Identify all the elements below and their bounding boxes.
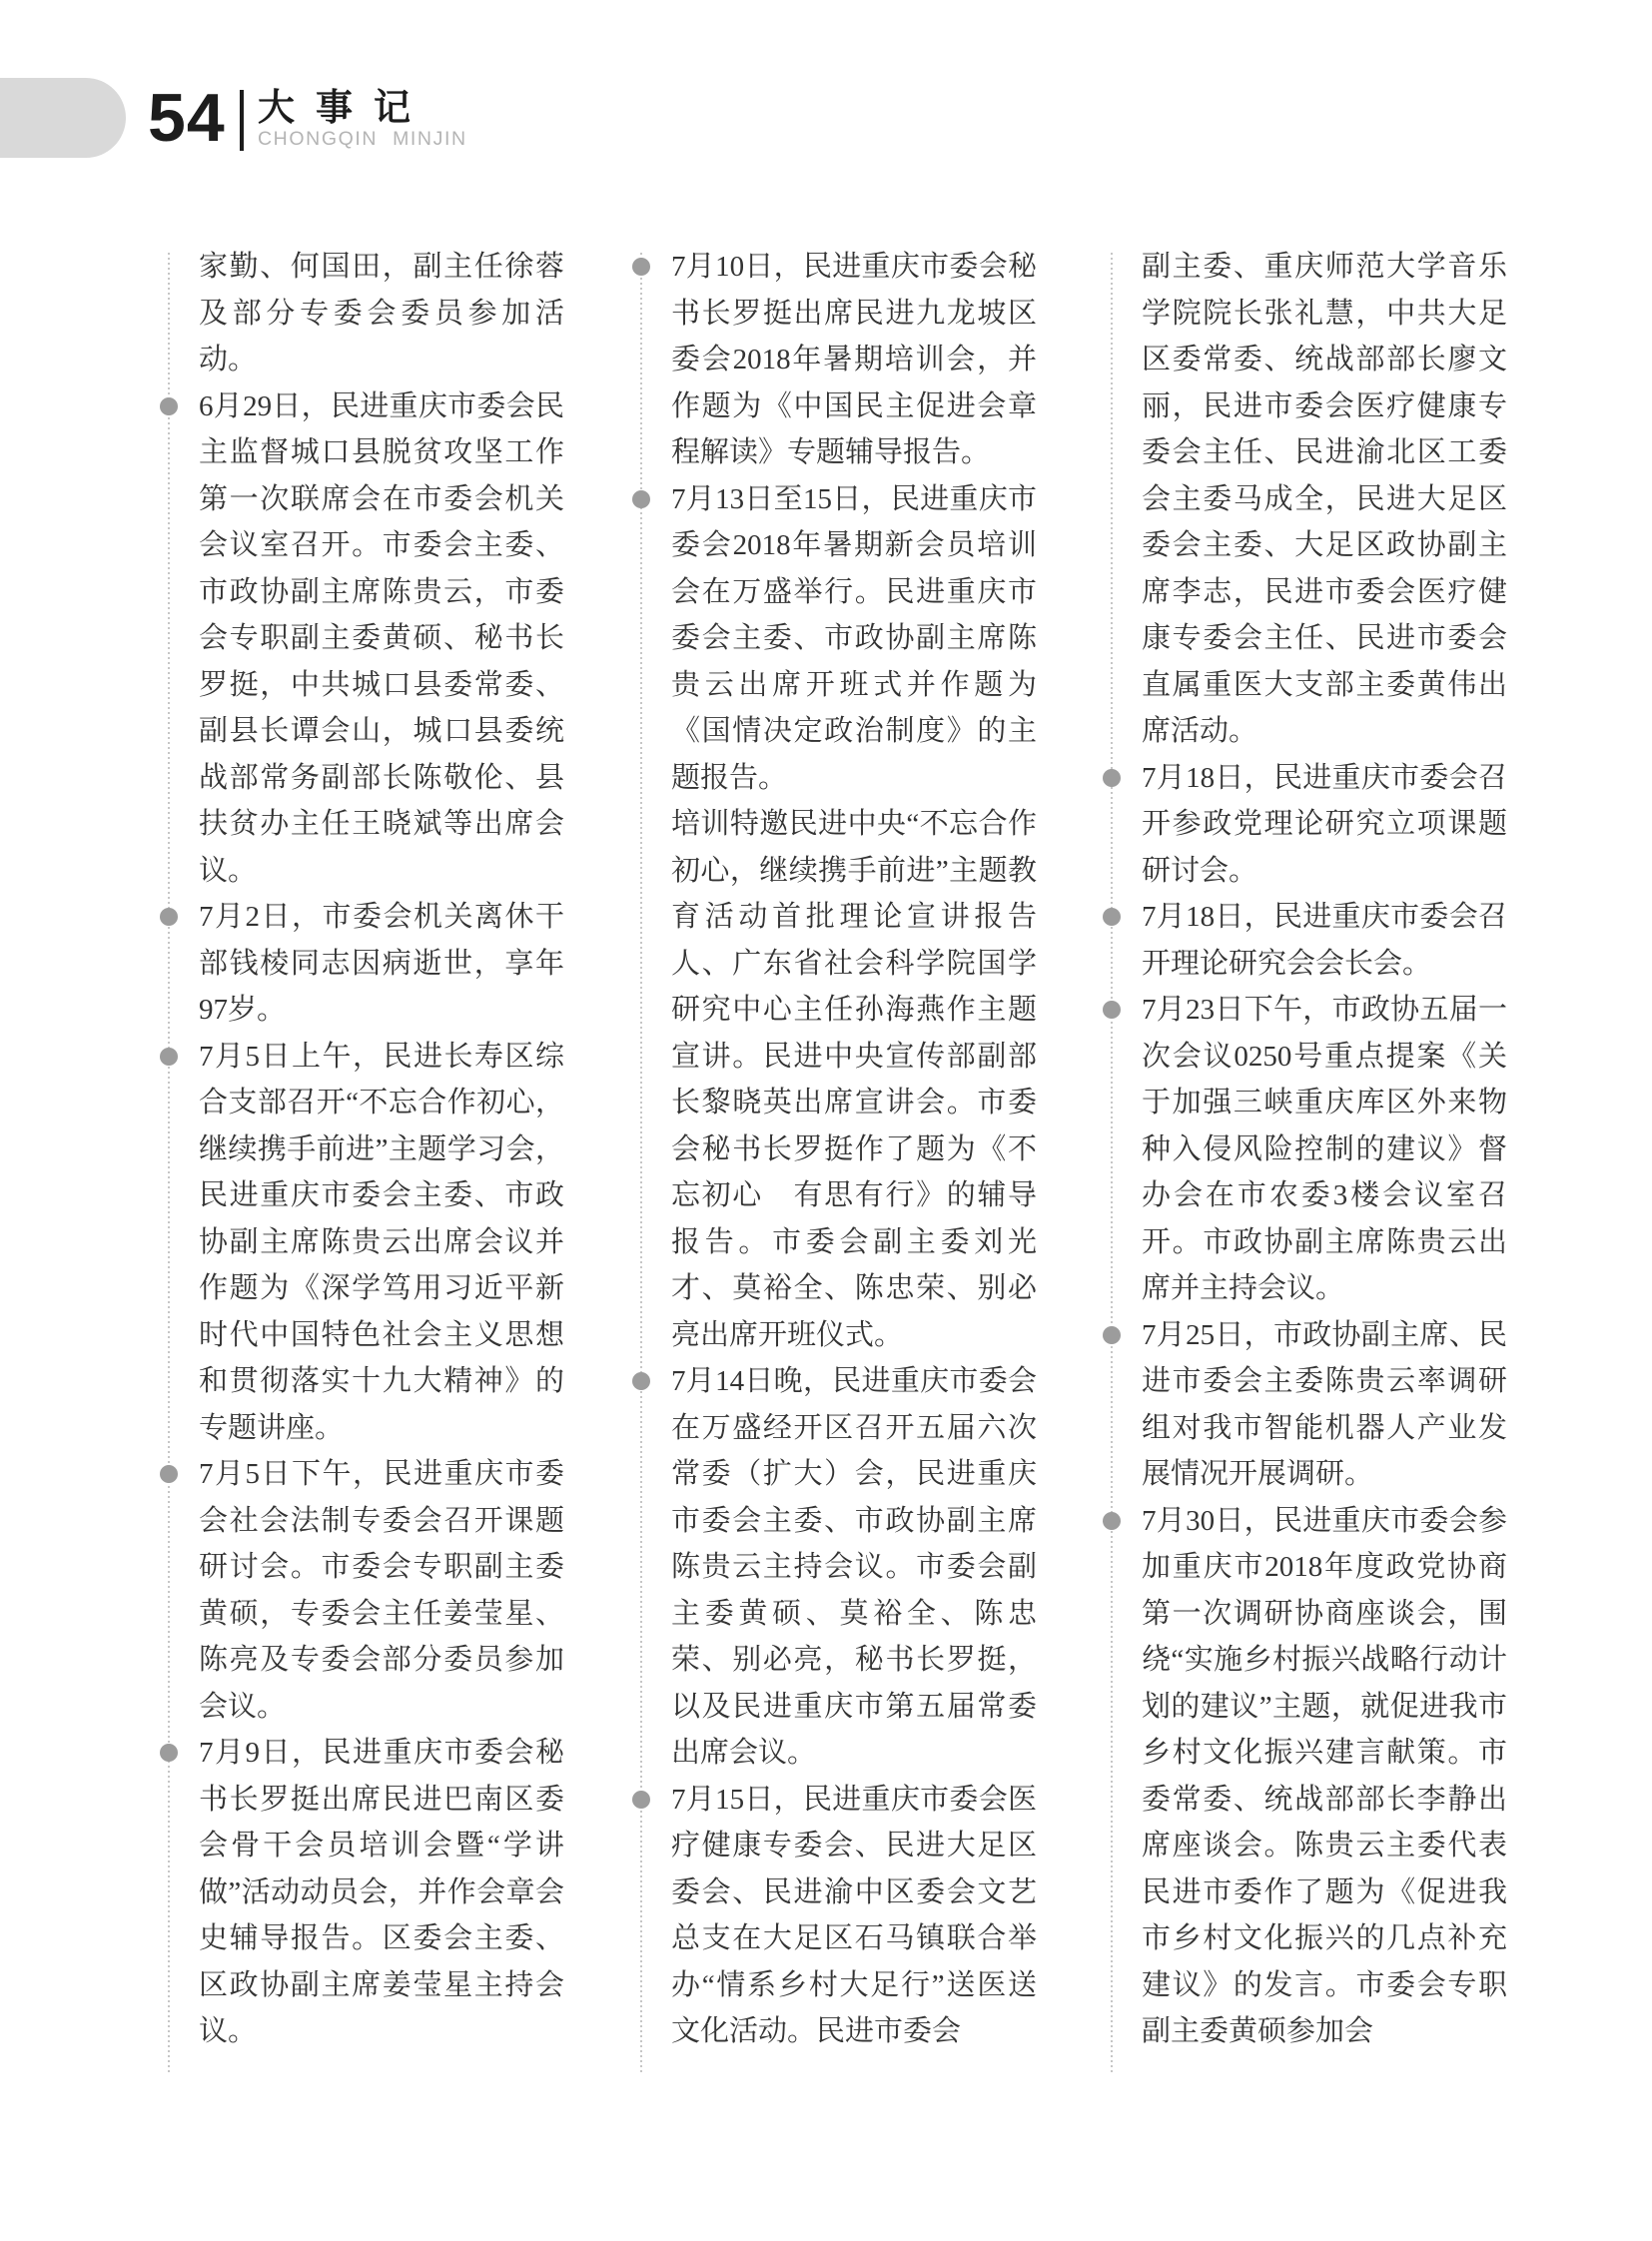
entry-text: 7月23日下午，市政协五届一次会议0250号重点提案《关于加强三峡重庆库区外来物… [1142, 994, 1507, 1304]
bullet-dot-icon [1103, 1512, 1121, 1530]
entry-text: 7月30日，民进重庆市委会参加重庆市2018年度政党协商第一次调研协商座谈会，围… [1142, 1505, 1507, 2048]
event-entry: 7月9日，民进重庆市委会秘书长罗挺出席民进巴南区委会骨干会员培训会暨“学讲做”活… [199, 1730, 564, 2055]
entry-text: 7月5日下午，民进重庆市委会社会法制专委会召开课题研讨会。市委会专职副主委黄硕，… [199, 1458, 564, 1723]
entry-text: 7月5日上午，民进长寿区综合支部召开“不忘合作初心，继续携手前进”主题学习会，民… [199, 1041, 564, 1444]
bullet-dot-icon [160, 1048, 178, 1066]
column-rail [1111, 253, 1113, 2072]
page-number: 54 [148, 84, 226, 152]
header-divider [240, 90, 244, 151]
bullet-dot-icon [1103, 908, 1121, 926]
bullet-dot-icon [1103, 769, 1121, 787]
entry-text: 7月25日，市政协副主席、民进市委会主委陈贵云率调研组对我市智能机器人产业发展情… [1142, 1319, 1507, 1491]
event-entry: 7月5日下午，民进重庆市委会社会法制专委会召开课题研讨会。市委会专职副主委黄硕，… [199, 1451, 564, 1730]
event-entry: 7月10日，民进重庆市委会秘书长罗挺出席民进九龙坡区委会2018年暑期培训会，并… [671, 244, 1037, 476]
text-column-3: 副主委、重庆师范大学音乐学院院长张礼慧，中共大足区委常委、统战部部长廖文丽，民进… [1111, 244, 1510, 2055]
header-pill-decoration [0, 78, 126, 158]
entry-text: 7月9日，民进重庆市委会秘书长罗挺出席民进巴南区委会骨干会员培训会暨“学讲做”活… [199, 1737, 564, 2047]
entry-text: 培训特邀民进中央“不忘合作初心，继续携手前进”主题教育活动首批理论宣讲报告人、广… [671, 808, 1037, 1351]
event-entry: 7月5日上午，民进长寿区综合支部召开“不忘合作初心，继续携手前进”主题学习会，民… [199, 1034, 564, 1452]
text-column-2: 7月10日，民进重庆市委会秘书长罗挺出席民进九龙坡区委会2018年暑期培训会，并… [640, 244, 1040, 2055]
entry-text: 副主委、重庆师范大学音乐学院院长张礼慧，中共大足区委常委、统战部部长廖文丽，民进… [1142, 251, 1507, 747]
entry-text: 家勤、何国田，副主任徐蓉及部分专委会委员参加活动。 [199, 251, 564, 375]
event-entry: 7月18日，民进重庆市委会召开参政党理论研究立项课题研讨会。 [1142, 755, 1507, 895]
event-entry: 7月25日，市政协副主席、民进市委会主委陈贵云率调研组对我市智能机器人产业发展情… [1142, 1312, 1507, 1498]
entry-text: 7月15日，民进重庆市委会医疗健康专委会、民进大足区委会、民进渝中区委会文艺总支… [671, 1784, 1037, 2048]
column-rail [168, 253, 170, 2072]
event-entry: 7月30日，民进重庆市委会参加重庆市2018年度政党协商第一次调研协商座谈会，围… [1142, 1498, 1507, 2055]
entry-text: 7月18日，民进重庆市委会召开参政党理论研究立项课题研讨会。 [1142, 762, 1507, 887]
event-entry: 6月29日，民进重庆市委会民主监督城口县脱贫攻坚工作第一次联席会在市委会机关会议… [199, 383, 564, 895]
event-entry: 7月13日至15日，民进重庆市委会2018年暑期新会员培训会在万盛举行。民进重庆… [671, 476, 1037, 802]
event-entry: 7月18日，民进重庆市委会召开理论研究会会长会。 [1142, 894, 1507, 987]
magazine-page: 54 大事记 CHONGQIN MINJIN 家勤、何国田，副主任徐蓉及部分专委… [0, 0, 1652, 2241]
bullet-dot-icon [160, 1465, 178, 1483]
section-title: 大事记 [258, 88, 431, 128]
event-entry: 7月14日晚，民进重庆市委会在万盛经开区召开五届六次常委（扩大）会，民进重庆市委… [671, 1358, 1037, 1777]
entry-text: 7月13日至15日，民进重庆市委会2018年暑期新会员培训会在万盛举行。民进重庆… [671, 483, 1037, 794]
column-content: 副主委、重庆师范大学音乐学院院长张礼慧，中共大足区委常委、统战部部长廖文丽，民进… [1142, 244, 1507, 2055]
bullet-dot-icon [160, 908, 178, 926]
continuation-entry: 副主委、重庆师范大学音乐学院院长张礼慧，中共大足区委常委、统战部部长廖文丽，民进… [1142, 244, 1507, 755]
entry-text: 7月2日，市委会机关离休干部钱棱同志因病逝世，享年97岁。 [199, 901, 564, 1026]
bullet-dot-icon [1103, 1326, 1121, 1344]
bullet-dot-icon [632, 1791, 650, 1809]
column-content: 7月10日，民进重庆市委会秘书长罗挺出席民进九龙坡区委会2018年暑期培训会，并… [671, 244, 1037, 2055]
continuation-entry: 家勤、何国田，副主任徐蓉及部分专委会委员参加活动。 [199, 244, 564, 383]
column-content: 家勤、何国田，副主任徐蓉及部分专委会委员参加活动。6月29日，民进重庆市委会民主… [199, 244, 564, 2055]
event-entry: 7月23日下午，市政协五届一次会议0250号重点提案《关于加强三峡重庆库区外来物… [1142, 987, 1507, 1312]
entry-text: 6月29日，民进重庆市委会民主监督城口县脱贫攻坚工作第一次联席会在市委会机关会议… [199, 390, 564, 887]
bullet-dot-icon [632, 258, 650, 276]
entry-text: 7月10日，民进重庆市委会秘书长罗挺出席民进九龙坡区委会2018年暑期培训会，并… [671, 251, 1037, 468]
event-entry: 7月15日，民进重庆市委会医疗健康专委会、民进大足区委会、民进渝中区委会文艺总支… [671, 1777, 1037, 2055]
bullet-dot-icon [160, 397, 178, 415]
entry-text: 7月18日，民进重庆市委会召开理论研究会会长会。 [1142, 901, 1507, 980]
event-entry: 7月2日，市委会机关离休干部钱棱同志因病逝世，享年97岁。 [199, 894, 564, 1034]
continuation-entry: 培训特邀民进中央“不忘合作初心，继续携手前进”主题教育活动首批理论宣讲报告人、广… [671, 801, 1037, 1358]
bullet-dot-icon [160, 1744, 178, 1762]
entry-text: 7月14日晚，民进重庆市委会在万盛经开区召开五届六次常委（扩大）会，民进重庆市委… [671, 1365, 1037, 1769]
bullet-dot-icon [632, 490, 650, 508]
bullet-dot-icon [1103, 1001, 1121, 1019]
bullet-dot-icon [632, 1372, 650, 1390]
section-subtitle: CHONGQIN MINJIN [258, 128, 467, 150]
text-column-1: 家勤、何国田，副主任徐蓉及部分专委会委员参加活动。6月29日，民进重庆市委会民主… [168, 244, 567, 2055]
